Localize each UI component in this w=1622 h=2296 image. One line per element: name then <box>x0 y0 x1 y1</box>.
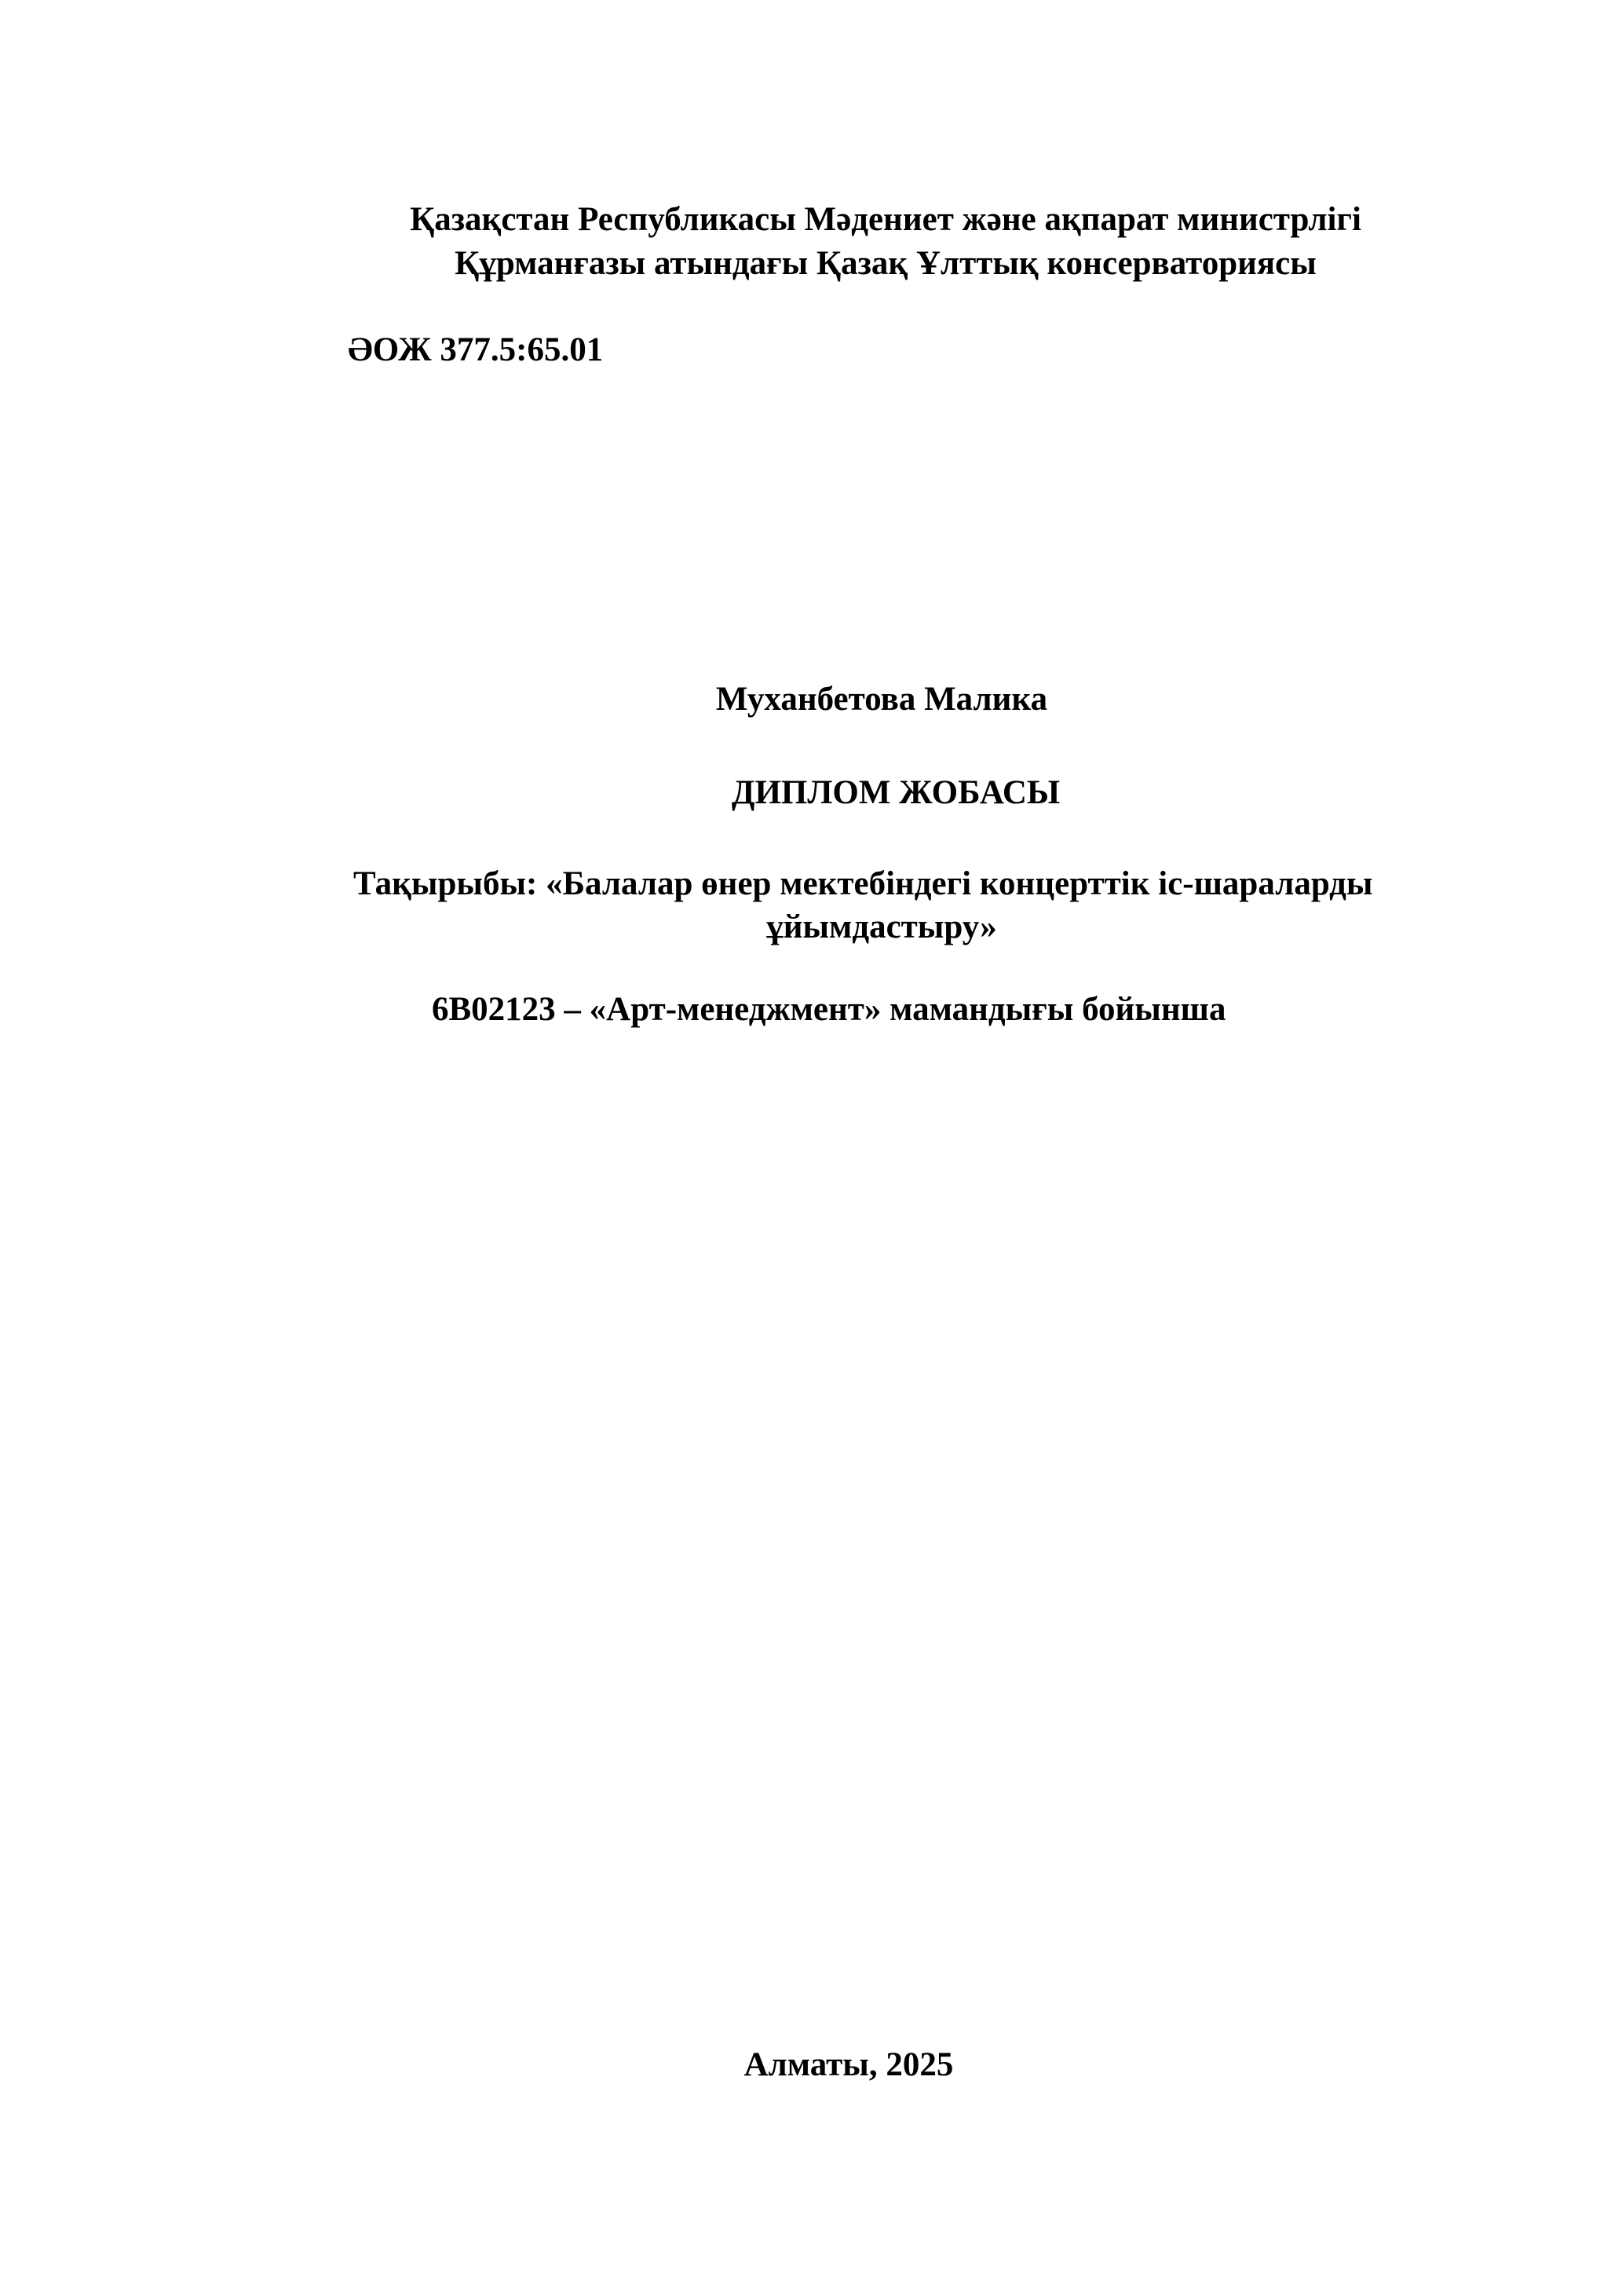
topic-line-2: ұйымдастыру» <box>0 905 1622 949</box>
institution-heading: Құрманғазы атындағы Қазақ Ұлттық консерв… <box>344 242 1427 286</box>
city-year: Алматы, 2025 <box>0 2043 1622 2087</box>
title-page: Қазақстан Республикасы Мәдениет және ақп… <box>0 0 1622 2296</box>
document-type: ДИПЛОМ ЖОБАСЫ <box>0 771 1622 815</box>
specialty: 6В02123 – «Арт-менеджмент» мамандығы бой… <box>432 988 1226 1032</box>
topic-line-1: Тақырыбы: «Балалар өнер мектебіндегі кон… <box>353 862 1531 906</box>
ministry-heading: Қазақстан Республикасы Мәдениет және ақп… <box>344 198 1427 242</box>
author-name: Муханбетова Малика <box>0 678 1622 722</box>
udc-code: ӘОЖ 377.5:65.01 <box>348 328 603 372</box>
